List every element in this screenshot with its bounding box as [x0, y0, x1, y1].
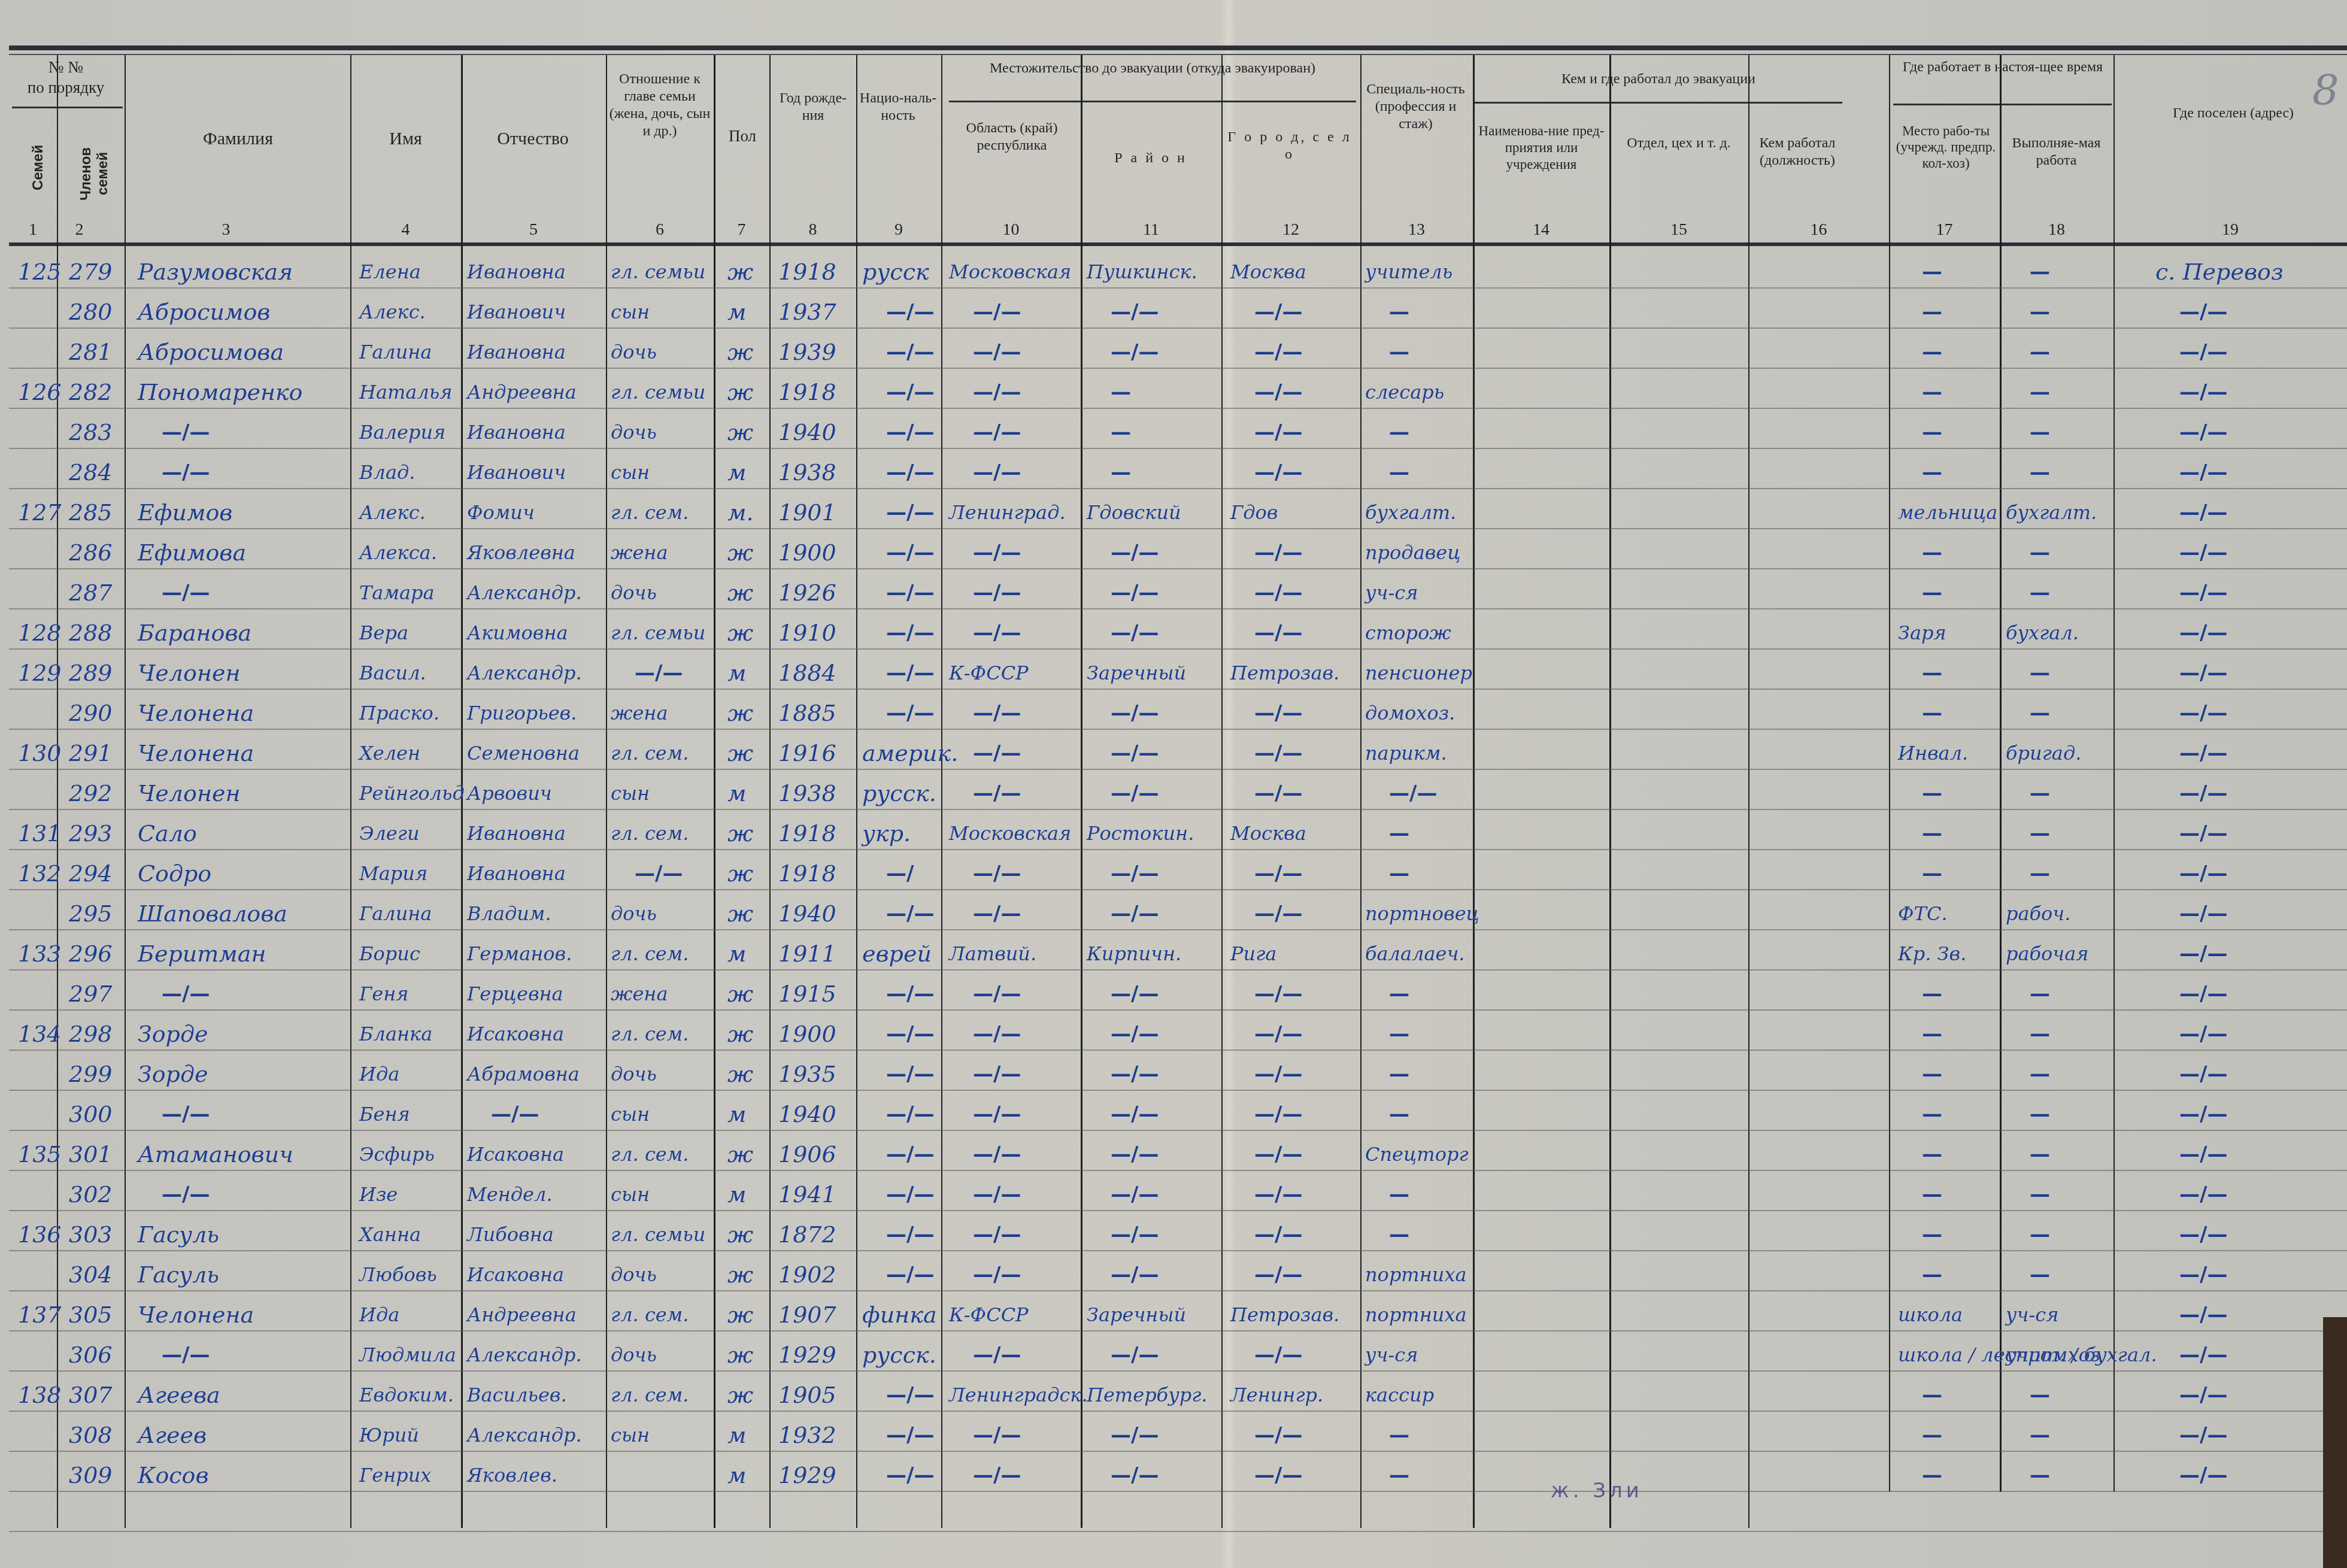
cell-district: Пушкинск. — [1087, 259, 1197, 285]
cell-city: —/— — [1254, 1141, 1302, 1167]
cell-member-number: 302 — [69, 1181, 113, 1208]
cell-surname: Ефимова — [138, 539, 246, 566]
cell-district: —/— — [1111, 900, 1159, 927]
cell-birth-year: 1872 — [778, 1221, 836, 1248]
cell-birth-year: 1900 — [778, 539, 836, 566]
cell-region: —/— — [973, 740, 1021, 766]
column-number: 19 — [2113, 220, 2347, 239]
cell-first-name: Влад. — [359, 459, 415, 486]
cell-specialty: бухгалт. — [1365, 499, 1456, 526]
cell-nationality: —/— — [886, 981, 934, 1007]
cell-patronymic: Фомич — [467, 499, 535, 526]
row-rule — [9, 1210, 2347, 1211]
cell-nationality: —/— — [886, 539, 934, 566]
cell-district: —/— — [1111, 1021, 1159, 1047]
cell-relation: дочь — [611, 900, 657, 927]
cell-member-number: 281 — [69, 339, 113, 365]
cell-workplace-now: — — [1922, 1101, 1942, 1127]
cell-patronymic: Ивановна — [467, 860, 566, 887]
cell-patronymic: Исаковна — [467, 1021, 564, 1047]
cell-first-name: Наталья — [359, 379, 452, 405]
cell-job-now: уч-ся — [2006, 1302, 2058, 1328]
cell-sex: м — [727, 941, 747, 967]
cell-job-now: — — [2030, 1261, 2050, 1288]
cell-city: —/— — [1254, 860, 1302, 887]
cell-member-number: 288 — [69, 620, 113, 646]
cell-family-number: 129 — [18, 660, 62, 686]
cell-birth-year: 1901 — [778, 499, 836, 526]
cell-patronymic: Ивановна — [467, 339, 566, 365]
cell-sex: м — [727, 459, 747, 486]
cell-sex: ж — [727, 1302, 753, 1328]
cell-workplace-now: Заря — [1898, 620, 1946, 646]
cell-first-name: Праско. — [359, 700, 439, 726]
cell-nationality: —/— — [886, 1101, 934, 1127]
cell-relation: гл. сем. — [611, 740, 689, 766]
cell-city: Москва — [1230, 259, 1306, 285]
row-rule — [9, 608, 2347, 609]
cell-city: Москва — [1230, 820, 1306, 847]
cell-region: —/— — [973, 1462, 1021, 1488]
cell-surname: Содро — [138, 860, 211, 887]
cell-birth-year: 1940 — [778, 419, 836, 445]
cell-region: —/— — [973, 459, 1021, 486]
cell-patronymic: Ивановна — [467, 820, 566, 847]
cell-specialty: — — [1389, 981, 1409, 1007]
cell-workplace-now: — — [1922, 660, 1942, 686]
cell-settled-address: —/— — [2179, 539, 2227, 566]
cell-patronymic: Герцевна — [467, 981, 563, 1007]
cell-birth-year: 1929 — [778, 1462, 836, 1488]
cell-district: —/— — [1111, 981, 1159, 1007]
top-rule-thin — [9, 54, 2347, 55]
cell-member-number: 285 — [69, 499, 113, 526]
header-district: Р а й о н — [1082, 150, 1219, 167]
cell-nationality: —/— — [886, 299, 934, 325]
cell-member-number: 279 — [69, 259, 113, 285]
column-divider — [1748, 55, 1749, 1528]
cell-sex: ж — [727, 1061, 753, 1087]
cell-member-number: 284 — [69, 459, 113, 486]
cell-workplace-now: — — [1922, 1462, 1942, 1488]
header-nationality: Нацио-наль-ность — [856, 90, 940, 125]
cell-region: Московская — [949, 259, 1071, 285]
row-rule — [9, 1090, 2347, 1091]
column-divider — [1221, 55, 1223, 1528]
cell-sex: ж — [727, 700, 753, 726]
cell-workplace-now: Кр. Зв. — [1898, 941, 1966, 967]
cell-nationality: —/— — [886, 700, 934, 726]
cell-sex: ж — [727, 1141, 753, 1167]
cell-surname: —/— — [162, 1181, 210, 1208]
row-rule — [9, 889, 2347, 890]
cell-specialty: парикм. — [1365, 740, 1447, 766]
row-rule — [9, 1290, 2347, 1291]
cell-city: —/— — [1254, 1221, 1302, 1248]
cell-nationality: —/— — [886, 1061, 934, 1087]
cell-birth-year: 1900 — [778, 1021, 836, 1047]
cell-settled-address: —/— — [2179, 1462, 2227, 1488]
cell-patronymic: Семеновна — [467, 740, 580, 766]
cell-nationality: финка — [862, 1302, 937, 1328]
cell-sex: ж — [727, 1382, 753, 1408]
cell-workplace-now: — — [1922, 1261, 1942, 1288]
cell-nationality: укр. — [862, 820, 911, 847]
cell-sex: м — [727, 660, 747, 686]
cell-job-now: — — [2030, 1422, 2050, 1448]
cell-relation: дочь — [611, 1342, 657, 1368]
cell-relation: дочь — [611, 419, 657, 445]
cell-specialty: — — [1389, 299, 1409, 325]
cell-patronymic: —/— — [491, 1101, 539, 1127]
cell-relation: гл. сем. — [611, 820, 689, 847]
cell-job-now: — — [2030, 1462, 2050, 1488]
cell-city: —/— — [1254, 1061, 1302, 1087]
cell-surname: Беритман — [138, 941, 266, 967]
cell-district: —/— — [1111, 1181, 1159, 1208]
column-number: 8 — [769, 220, 856, 239]
cell-surname: Зорде — [138, 1061, 208, 1087]
cell-nationality: —/— — [886, 1261, 934, 1288]
row-rule — [9, 929, 2347, 930]
cell-district: —/— — [1111, 1422, 1159, 1448]
cell-first-name: Эсфирь — [359, 1141, 435, 1167]
cell-surname: Агеева — [138, 1382, 220, 1408]
cell-surname: —/— — [162, 1342, 210, 1368]
cell-settled-address: —/— — [2179, 379, 2227, 405]
cell-surname: Ефимов — [138, 499, 232, 526]
cell-patronymic: Васильев. — [467, 1382, 567, 1408]
cell-workplace-now: Инвал. — [1898, 740, 1968, 766]
cell-nationality: —/ — [886, 860, 914, 887]
cell-patronymic: Акимовна — [467, 620, 568, 646]
cell-patronymic: Александр. — [467, 660, 582, 686]
cell-settled-address: —/— — [2179, 499, 2227, 526]
ledger-page: № № по порядку Семей Членов семей Фамили… — [0, 0, 2347, 1568]
cell-workplace-now: — — [1922, 259, 1942, 285]
cell-first-name: Вера — [359, 620, 408, 646]
cell-sex: ж — [727, 981, 753, 1007]
column-divider — [1081, 55, 1082, 1528]
work-now-subrule — [1893, 104, 2112, 105]
cell-sex: м — [727, 780, 747, 806]
cell-nationality: —/— — [886, 1422, 934, 1448]
cell-member-number: 290 — [69, 700, 113, 726]
cell-first-name: Геня — [359, 981, 408, 1007]
cell-city: Петрозав. — [1230, 660, 1339, 686]
header-position: Кем работал (должность) — [1749, 135, 1845, 169]
column-divider — [1360, 55, 1361, 1528]
cell-surname: Челонен — [138, 660, 240, 686]
cell-sex: ж — [727, 900, 753, 927]
cell-birth-year: 1906 — [778, 1141, 836, 1167]
cell-member-number: 292 — [69, 780, 113, 806]
cell-job-now: — — [2030, 379, 2050, 405]
cell-patronymic: Исаковна — [467, 1141, 564, 1167]
column-number: 5 — [461, 220, 606, 239]
torn-corner — [2323, 1317, 2347, 1568]
cell-surname: Челонен — [138, 780, 240, 806]
cell-settled-address: —/— — [2179, 339, 2227, 365]
cell-job-now: — — [2030, 660, 2050, 686]
cell-settled-address: —/— — [2179, 1261, 2227, 1288]
cell-first-name: Элеги — [359, 820, 420, 847]
cell-specialty: — — [1389, 1221, 1409, 1248]
cell-job-now: — — [2030, 780, 2050, 806]
row-rule — [9, 729, 2347, 730]
cell-birth-year: 1916 — [778, 740, 836, 766]
cell-district: — — [1111, 379, 1131, 405]
cell-patronymic: Либовна — [467, 1221, 554, 1248]
cell-specialty: кассир — [1365, 1382, 1434, 1408]
cell-settled-address: —/— — [2179, 740, 2227, 766]
cell-region: К-ФССР — [949, 660, 1029, 686]
cell-workplace-now: школа — [1898, 1302, 1963, 1328]
cell-first-name: Генрих — [359, 1462, 431, 1488]
cell-relation: дочь — [611, 339, 657, 365]
cell-city: —/— — [1254, 1021, 1302, 1047]
cell-birth-year: 1918 — [778, 820, 836, 847]
cell-settled-address: —/— — [2179, 580, 2227, 606]
cell-surname: Челонена — [138, 1302, 254, 1328]
cell-family-number: 133 — [18, 941, 62, 967]
cell-patronymic: Андреевна — [467, 1302, 577, 1328]
header-work-before-group: Кем и где работал до эвакуации — [1473, 71, 1844, 88]
cell-first-name: Борис — [359, 941, 420, 967]
column-number: 15 — [1609, 220, 1748, 239]
cell-specialty: — — [1389, 1181, 1409, 1208]
cell-nationality: —/— — [886, 1141, 934, 1167]
header-members: Членов семей — [78, 129, 114, 219]
cell-city: —/— — [1254, 1261, 1302, 1288]
cell-family-number: 135 — [18, 1141, 62, 1167]
row-rule — [9, 969, 2347, 970]
cell-specialty: портниха — [1365, 1302, 1467, 1328]
cell-first-name: Тамара — [359, 580, 435, 606]
cell-workplace-now: — — [1922, 860, 1942, 887]
work-before-subrule — [1474, 102, 1842, 104]
cell-surname: Шаповалова — [138, 900, 287, 927]
cell-birth-year: 1940 — [778, 1101, 836, 1127]
row-rule — [9, 689, 2347, 690]
cell-specialty: — — [1389, 1061, 1409, 1087]
cell-region: Ленинград. — [949, 499, 1066, 526]
cell-member-number: 283 — [69, 419, 113, 445]
cell-region: —/— — [973, 379, 1021, 405]
column-number: 18 — [2000, 220, 2113, 239]
row-rule — [9, 568, 2347, 569]
cell-specialty: —/— — [1389, 780, 1437, 806]
cell-region: —/— — [973, 1021, 1021, 1047]
cell-job-now: рабочая — [2006, 941, 2089, 967]
cell-region: —/— — [973, 299, 1021, 325]
column-number: 3 — [102, 220, 350, 239]
cell-sex: м — [727, 1181, 747, 1208]
cell-first-name: Людмила — [359, 1342, 456, 1368]
column-number: 7 — [714, 220, 769, 239]
column-number: 16 — [1748, 220, 1889, 239]
cell-patronymic: Абрамовна — [467, 1061, 580, 1087]
cell-district: —/— — [1111, 1061, 1159, 1087]
header-relation: Отношение к главе семьи (жена, дочь, сын… — [606, 71, 714, 140]
cell-district: —/— — [1111, 1462, 1159, 1488]
cell-sex: ж — [727, 1261, 753, 1288]
cell-region: —/— — [973, 339, 1021, 365]
cell-workplace-now: — — [1922, 1061, 1942, 1087]
cell-relation: сын — [611, 299, 650, 325]
cell-relation: сын — [611, 780, 650, 806]
cell-nationality: —/— — [886, 580, 934, 606]
cell-surname: —/— — [162, 419, 210, 445]
cell-first-name: Хелен — [359, 740, 420, 766]
cell-patronymic: Ивановна — [467, 259, 566, 285]
cell-birth-year: 1918 — [778, 259, 836, 285]
cell-member-number: 280 — [69, 299, 113, 325]
cell-sex: м — [727, 1422, 747, 1448]
cell-job-now: — — [2030, 459, 2050, 486]
cell-surname: Абросимов — [138, 299, 270, 325]
cell-district: Заречный — [1087, 660, 1186, 686]
row-rule — [9, 368, 2347, 369]
cell-birth-year: 1937 — [778, 299, 836, 325]
cell-first-name: Алекс. — [359, 299, 426, 325]
row-rule — [9, 1451, 2347, 1452]
row-rule — [9, 1330, 2347, 1332]
cell-job-now: — — [2030, 1141, 2050, 1167]
cell-nationality: —/— — [886, 1181, 934, 1208]
cell-relation: сын — [611, 1101, 650, 1127]
cell-specialty: пенсионер — [1365, 660, 1472, 686]
cell-patronymic: Иванович — [467, 459, 566, 486]
cell-surname: Зорде — [138, 1021, 208, 1047]
cell-settled-address: —/— — [2179, 1382, 2227, 1408]
order-subrule — [12, 107, 123, 108]
cell-first-name: Мария — [359, 860, 427, 887]
cell-nationality: —/— — [886, 1462, 934, 1488]
cell-district: Гдовский — [1087, 499, 1181, 526]
cell-specialty: уч-ся — [1365, 1342, 1418, 1368]
cell-nationality: русск. — [862, 1342, 936, 1368]
cell-member-number: 297 — [69, 981, 113, 1007]
header-residence-group: Местожительство до эвакуации (откуда эва… — [946, 60, 1359, 77]
cell-city: —/— — [1254, 1462, 1302, 1488]
cell-surname: Баранова — [138, 620, 251, 646]
cell-specialty: — — [1389, 1101, 1409, 1127]
cell-family-number: 126 — [18, 379, 62, 405]
cell-member-number: 308 — [69, 1422, 113, 1448]
cell-specialty: — — [1389, 339, 1409, 365]
cell-nationality: —/— — [886, 620, 934, 646]
cell-relation: гл. сем. — [611, 1382, 689, 1408]
cell-district: Ростокин. — [1087, 820, 1194, 847]
header-patronymic: Отчество — [461, 129, 605, 149]
cell-patronymic: Германов. — [467, 941, 572, 967]
cell-relation: гл. сем. — [611, 1141, 689, 1167]
cell-specialty: — — [1389, 419, 1409, 445]
cell-birth-year: 1905 — [778, 1382, 836, 1408]
cell-settled-address: —/— — [2179, 1021, 2227, 1047]
cell-birth-year: 1902 — [778, 1261, 836, 1288]
column-number: 6 — [606, 220, 714, 239]
cell-birth-year: 1918 — [778, 860, 836, 887]
cell-workplace-now: — — [1922, 981, 1942, 1007]
cell-workplace-now: — — [1922, 580, 1942, 606]
cell-relation: —/— — [635, 860, 683, 887]
cell-relation: жена — [611, 539, 668, 566]
cell-relation: гл. сем. — [611, 1302, 689, 1328]
cell-city: —/— — [1254, 299, 1302, 325]
cell-settled-address: —/— — [2179, 700, 2227, 726]
cell-district: —/— — [1111, 1342, 1159, 1368]
cell-relation: жена — [611, 700, 668, 726]
column-divider — [941, 55, 942, 1528]
cell-member-number: 301 — [69, 1141, 113, 1167]
cell-workplace-now: — — [1922, 1422, 1942, 1448]
cell-region: —/— — [973, 1221, 1021, 1248]
row-rule — [9, 327, 2347, 329]
cell-relation: дочь — [611, 1261, 657, 1288]
cell-job-now: бригад. — [2006, 740, 2081, 766]
cell-city: Петрозав. — [1230, 1302, 1339, 1328]
top-rule — [9, 46, 2347, 50]
cell-member-number: 305 — [69, 1302, 113, 1328]
cell-surname: Косов — [138, 1462, 209, 1488]
cell-specialty: — — [1389, 860, 1409, 887]
row-rule — [9, 809, 2347, 810]
header-workplace-now: Место рабо-ты (учрежд. предпр. кол-хоз) — [1892, 123, 2000, 171]
cell-city: —/— — [1254, 580, 1302, 606]
residence-subrule — [949, 101, 1356, 102]
cell-region: —/— — [973, 860, 1021, 887]
column-number: 10 — [941, 220, 1081, 239]
cell-family-number: 125 — [18, 259, 62, 285]
cell-sex: ж — [727, 1342, 753, 1368]
cell-sex: ж — [727, 339, 753, 365]
cell-district: — — [1111, 419, 1131, 445]
cell-region: Московская — [949, 820, 1071, 847]
cell-district: —/— — [1111, 620, 1159, 646]
cell-settled-address: —/— — [2179, 981, 2227, 1007]
cell-member-number: 298 — [69, 1021, 113, 1047]
row-rule — [9, 1170, 2347, 1171]
row-rule — [9, 408, 2347, 409]
cell-job-now: — — [2030, 1181, 2050, 1208]
column-divider — [714, 55, 715, 1528]
header-bottom-rule — [9, 242, 2347, 246]
cell-surname: Сало — [138, 820, 197, 847]
cell-specialty: — — [1389, 1462, 1409, 1488]
cell-settled-address: —/— — [2179, 1422, 2227, 1448]
cell-job-now: — — [2030, 700, 2050, 726]
cell-member-number: 286 — [69, 539, 113, 566]
cell-workplace-now: — — [1922, 820, 1942, 847]
cell-member-number: 304 — [69, 1261, 113, 1288]
cell-job-now: — — [2030, 419, 2050, 445]
cell-region: —/— — [973, 620, 1021, 646]
cell-patronymic: Ивановна — [467, 419, 566, 445]
cell-job-now: — — [2030, 1061, 2050, 1087]
cell-first-name: Бланка — [359, 1021, 432, 1047]
cell-member-number: 303 — [69, 1221, 113, 1248]
cell-surname: Челонена — [138, 700, 254, 726]
cell-sex: ж — [727, 259, 753, 285]
cell-district: —/— — [1111, 1261, 1159, 1288]
cell-first-name: Ханна — [359, 1221, 421, 1248]
column-number: 9 — [856, 220, 941, 239]
cell-relation: дочь — [611, 580, 657, 606]
cell-sex: ж — [727, 740, 753, 766]
cell-member-number: 282 — [69, 379, 113, 405]
